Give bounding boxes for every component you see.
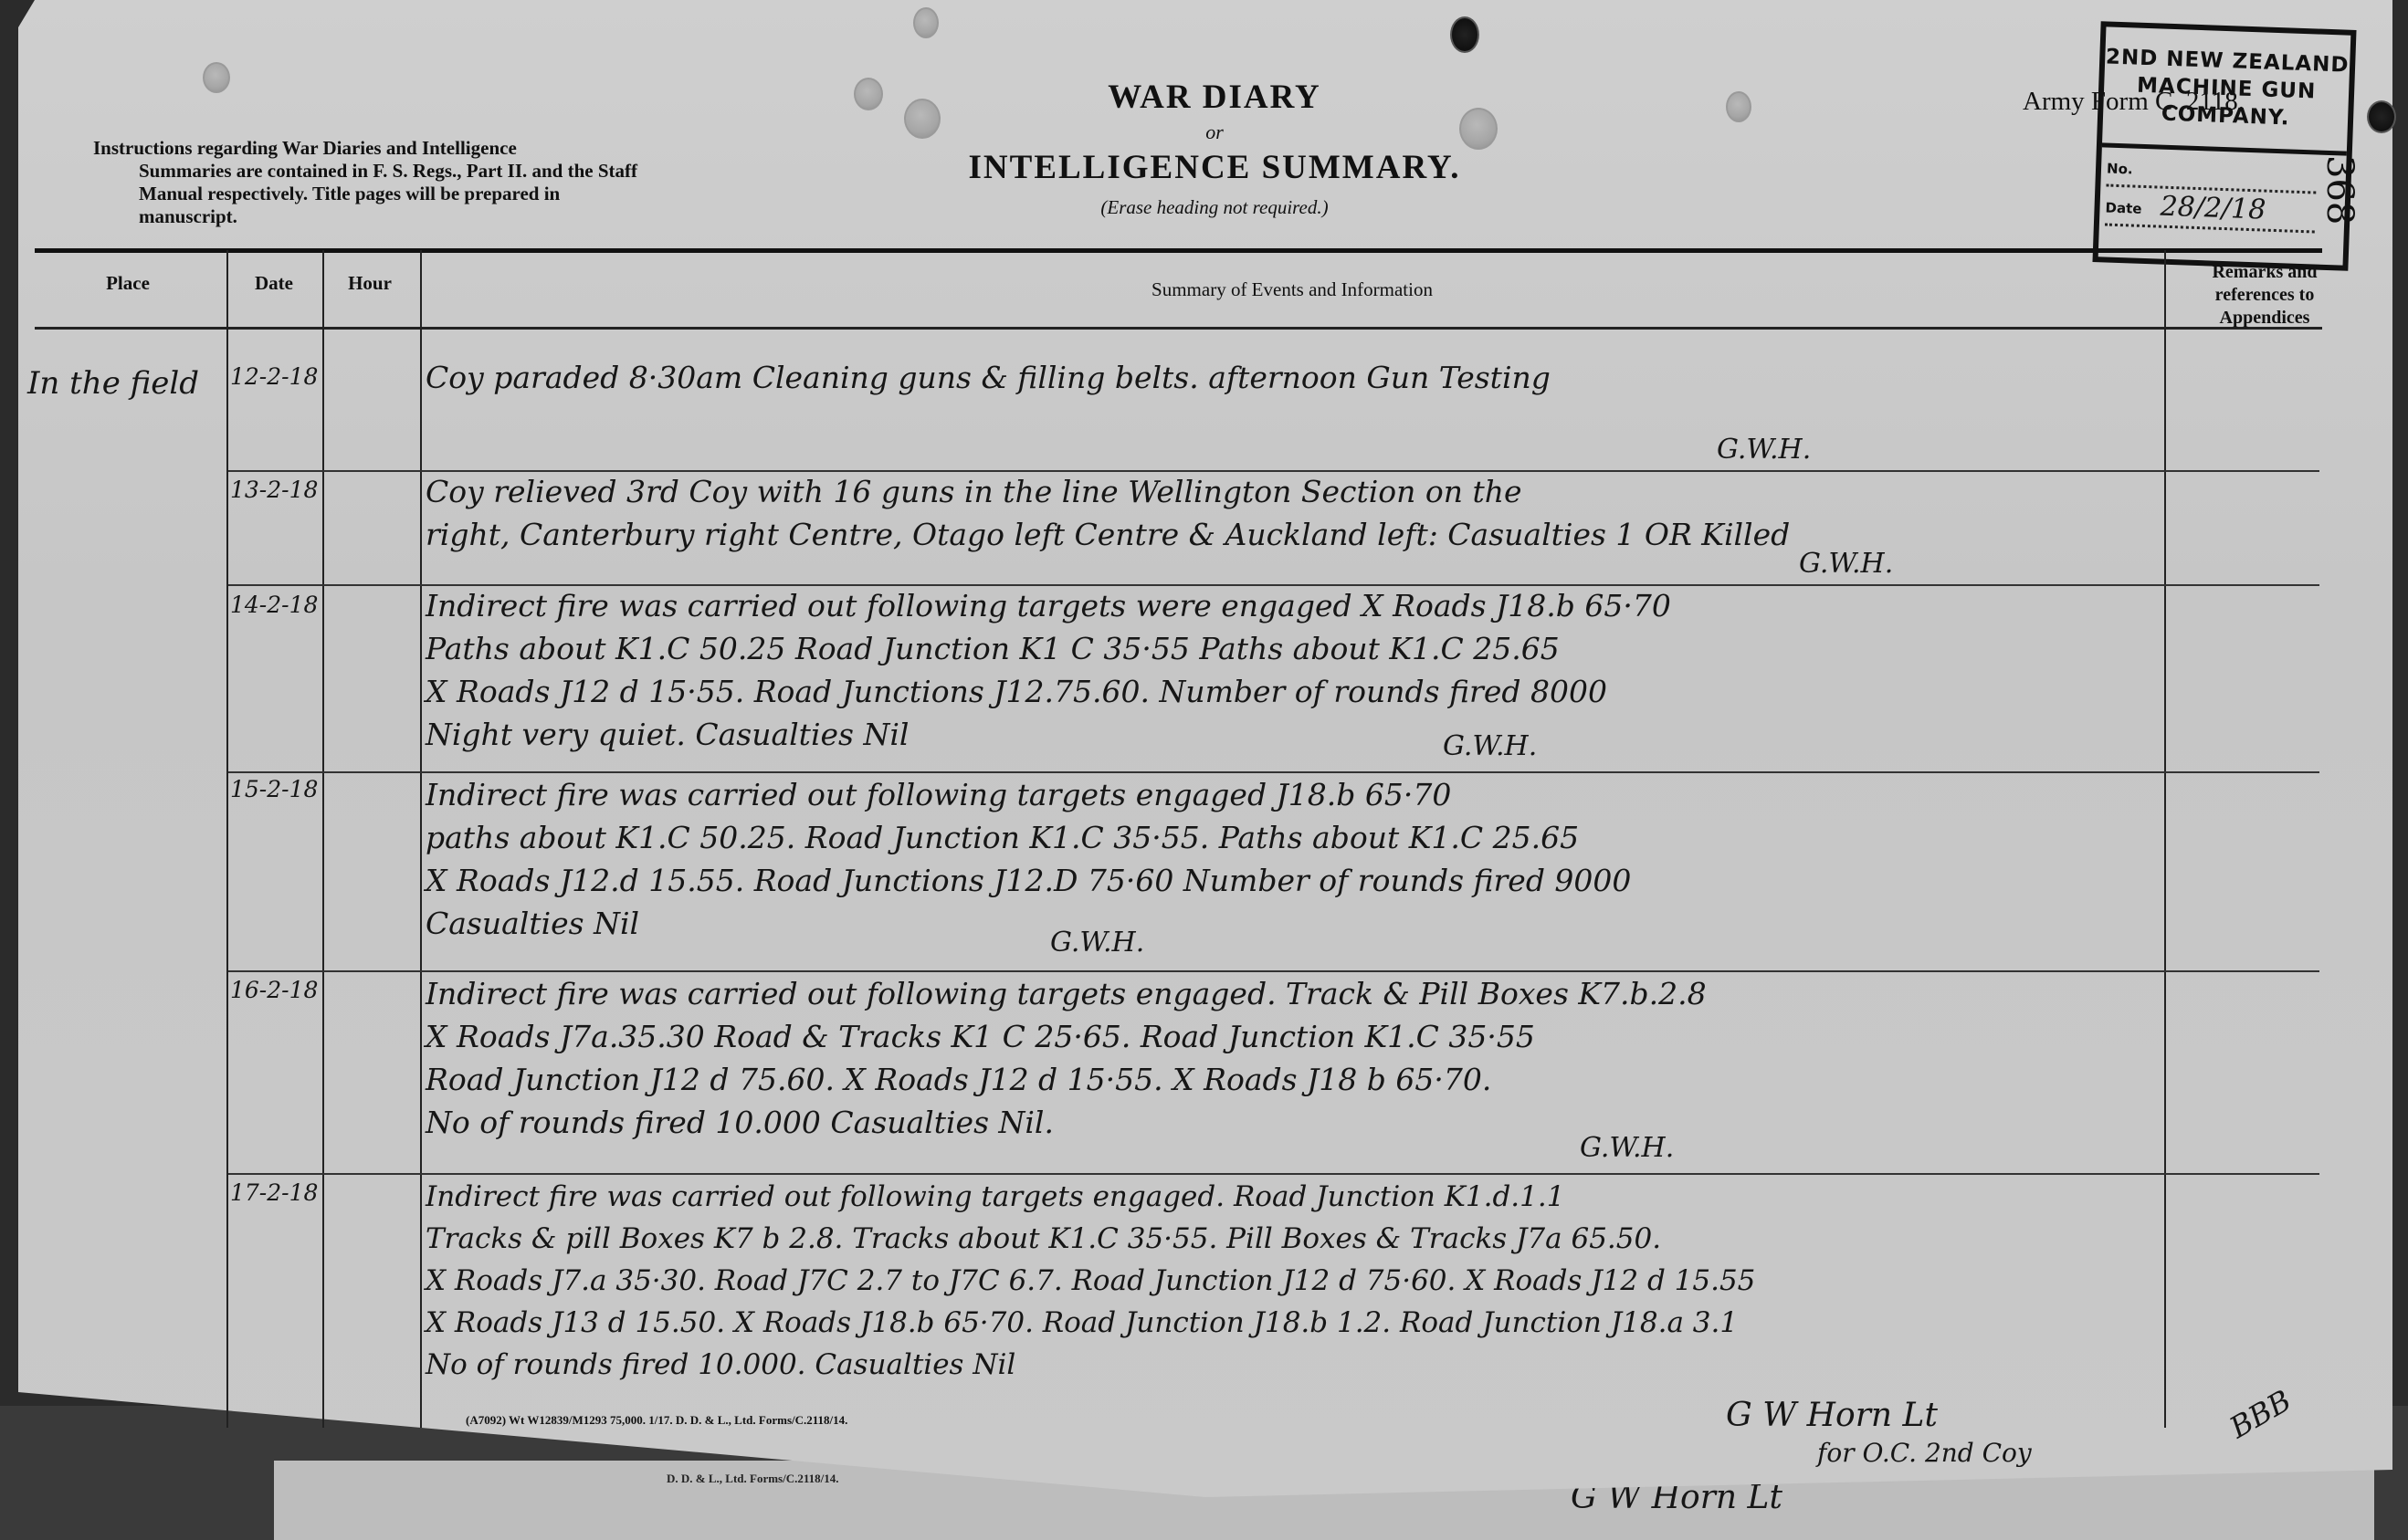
entry-initials: G.W.H. (1799, 548, 1893, 580)
punch-hole (2367, 100, 2396, 133)
stamp-date-label: Date (2105, 199, 2142, 216)
stamp-date-value: 28/2/18 (2160, 191, 2266, 226)
title-or: or (913, 120, 1516, 144)
officer-signature: G W Horn Lt (1726, 1397, 1938, 1434)
entry-line: Coy paraded 8·30am Cleaning guns & filli… (426, 356, 2161, 399)
underlying-printer-line: D. D. & L., Ltd. Forms/C.2118/14. (667, 1472, 839, 1486)
punch-hole (1726, 91, 1751, 122)
column-header-remarks: Remarks and references to Appendices (2173, 261, 2356, 330)
stamp-no-field: No. (2106, 161, 2317, 194)
punch-hole (854, 78, 883, 110)
entry-line: Indirect fire was carried out following … (426, 1176, 2161, 1218)
header-bottom-rule (35, 327, 2322, 330)
place-value: In the field (27, 365, 199, 402)
entry-line: X Roads J7.a 35·30. Road J7C 2.7 to J7C … (426, 1260, 2161, 1302)
punch-hole (913, 7, 939, 38)
entry-line: right, Canterbury right Centre, Otago le… (426, 513, 2161, 556)
entry-date: 16-2-18 (230, 977, 318, 1003)
column-divider-hour (420, 250, 422, 1428)
entry-initials: G.W.H. (1717, 434, 1811, 466)
entry-line: paths about K1.C 50.25. Road Junction K1… (426, 816, 2161, 859)
unit-stamp: 2ND NEW ZEALAND MACHINE GUN COMPANY. No.… (2092, 21, 2356, 271)
stamp-date-field: Date 28/2/18 (2105, 199, 2316, 233)
entry-date: 12-2-18 (230, 363, 318, 390)
page-subtitle: INTELLIGENCE SUMMARY. (913, 148, 1516, 187)
entry-summary: Indirect fire was carried out following … (426, 972, 2161, 1144)
entry-line: Road Junction J12 d 75.60. X Roads J12 d… (426, 1058, 2161, 1101)
title-block: WAR DIARY or INTELLIGENCE SUMMARY. (Eras… (913, 78, 1516, 219)
entry-date: 15-2-18 (230, 776, 318, 802)
entry-line: Coy relieved 3rd Coy with 16 guns in the… (426, 470, 2161, 513)
instructions-line1: Instructions regarding War Diaries and I… (93, 137, 641, 160)
entry-line: Indirect fire was carried out following … (426, 773, 2161, 816)
entry-line: X Roads J7a.35.30 Road & Tracks K1 C 25·… (426, 1015, 2161, 1058)
entry-date: 17-2-18 (230, 1179, 318, 1206)
page-number: 368 (2319, 155, 2361, 225)
entry-line: No of rounds fired 10.000 Casualties Nil… (426, 1101, 2161, 1144)
instructions-rest: Summaries are contained in F. S. Regs., … (93, 160, 641, 228)
printer-line: (A7092) Wt W12839/M1293 75,000. 1/17. D.… (466, 1413, 847, 1428)
column-header-place: Place (55, 272, 201, 295)
punch-hole (1450, 16, 1479, 53)
stamp-no-label: No. (2107, 161, 2133, 178)
entry-summary: Indirect fire was carried out following … (426, 773, 2161, 945)
entry-line: X Roads J12 d 15·55. Road Junctions J12.… (426, 670, 2161, 713)
entry-line: Casualties Nil (426, 902, 2161, 945)
entry-line: Night very quiet. Casualties Nil (426, 713, 2161, 756)
header-top-rule (35, 248, 2322, 253)
entry-summary: Coy paraded 8·30am Cleaning guns & filli… (426, 356, 2161, 399)
entry-line: Indirect fire was carried out following … (426, 584, 2161, 627)
punch-hole (203, 62, 230, 93)
entry-initials: G.W.H. (1050, 927, 1144, 959)
entry-line: Indirect fire was carried out following … (426, 972, 2161, 1015)
entry-date: 13-2-18 (230, 477, 318, 503)
entry-line: Paths about K1.C 50.25 Road Junction K1 … (426, 627, 2161, 670)
entry-line: No of rounds fired 10.000. Casualties Ni… (426, 1344, 2161, 1386)
entry-summary: Coy relieved 3rd Coy with 16 guns in the… (426, 470, 2161, 556)
page-title: WAR DIARY (913, 78, 1516, 117)
entry-date: 14-2-18 (230, 592, 318, 618)
column-header-hour: Hour (324, 272, 415, 295)
column-header-date: Date (228, 272, 320, 295)
signature-for-oc: for O.C. 2nd Coy (1817, 1438, 2032, 1468)
entry-line: Tracks & pill Boxes K7 b 2.8. Tracks abo… (426, 1218, 2161, 1260)
entry-line: X Roads J13 d 15.50. X Roads J18.b 65·70… (426, 1302, 2161, 1344)
entry-summary: Indirect fire was carried out following … (426, 584, 2161, 756)
entry-line: X Roads J12.d 15.55. Road Junctions J12.… (426, 859, 2161, 902)
entry-initials: G.W.H. (1580, 1132, 1674, 1164)
column-divider-date (322, 250, 324, 1428)
column-divider-summary (2164, 250, 2166, 1428)
entry-summary: Indirect fire was carried out following … (426, 1176, 2161, 1386)
row-divider (228, 1173, 2319, 1175)
heading-note: (Erase heading not required.) (913, 196, 1516, 219)
column-divider-place (226, 250, 228, 1428)
instructions-text: Instructions regarding War Diaries and I… (93, 137, 641, 228)
column-header-summary: Summary of Events and Information (420, 278, 2164, 301)
entry-initials: G.W.H. (1443, 730, 1537, 762)
